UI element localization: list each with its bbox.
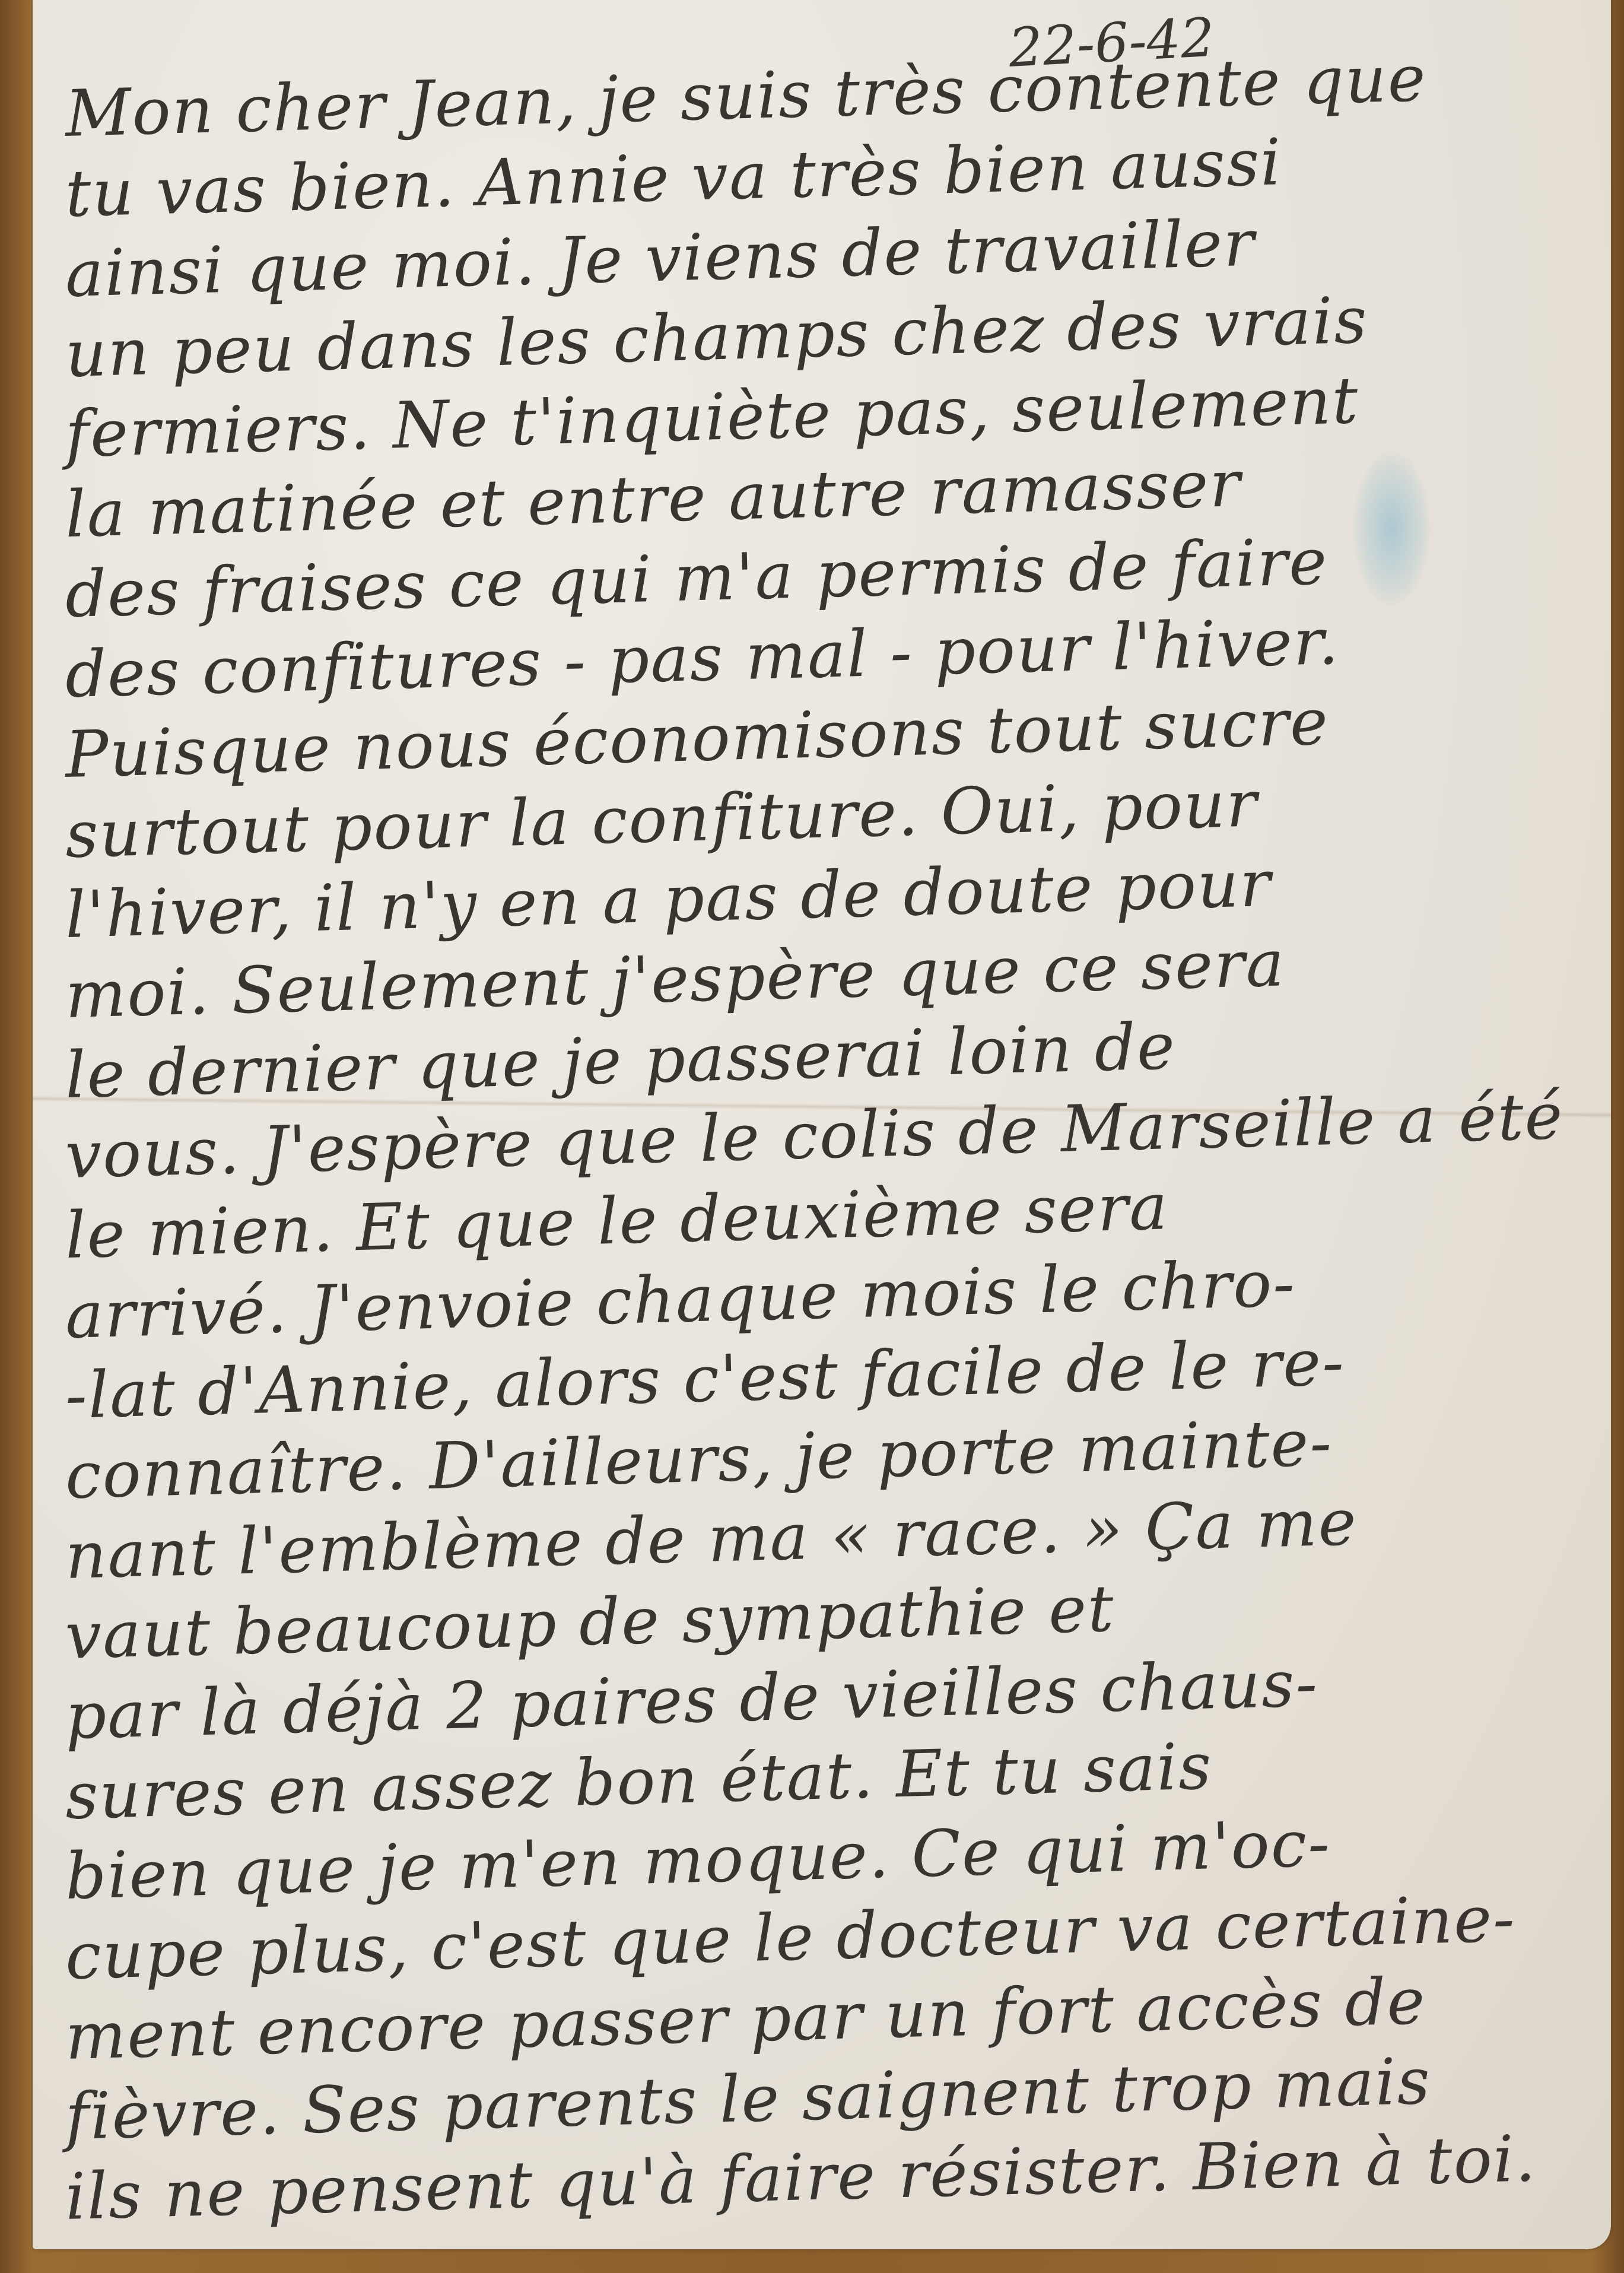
blue-ink-stain	[1353, 451, 1430, 605]
